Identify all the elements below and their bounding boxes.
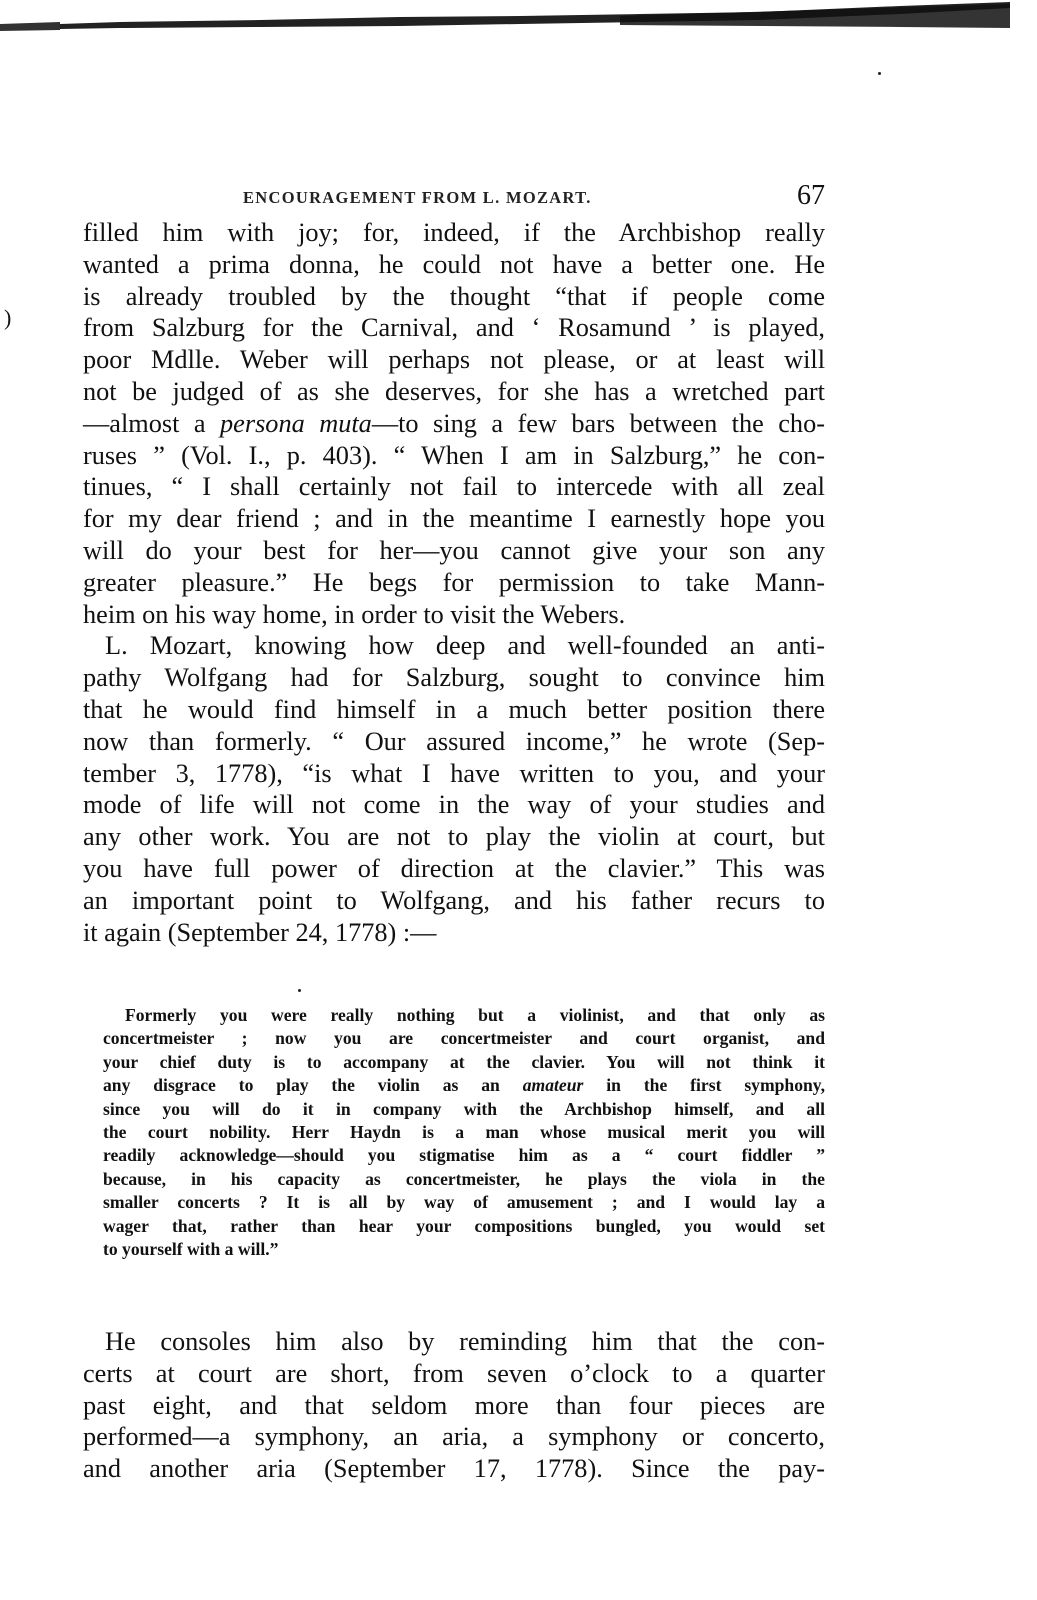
text-line: tember 3, 1778), “is what I have written…	[83, 758, 825, 790]
text-line: it again (September 24, 1778) :—	[83, 917, 825, 949]
text-line: and another aria (September 17, 1778). S…	[83, 1453, 825, 1485]
text-line: ruses ” (Vol. I., p. 403). “ When I am i…	[83, 440, 825, 472]
scan-speck	[878, 72, 881, 75]
quote-line: wager that, rather than hear your compos…	[103, 1215, 825, 1238]
page-number: 67	[797, 180, 825, 212]
quote-line: Formerly you were really nothing but a v…	[103, 1004, 825, 1027]
continuation-paragraph: He consoles him also by reminding him th…	[83, 1326, 825, 1485]
text-line: mode of life will not come in the way of…	[83, 789, 825, 821]
text-line: any other work. You are not to play the …	[83, 821, 825, 853]
margin-mark: )	[4, 305, 11, 331]
text-line: tinues, “ I shall certainly not fail to …	[83, 471, 825, 503]
text-line: you have full power of direction at the …	[83, 853, 825, 885]
quote-line: smaller concerts ? It is all by way of a…	[103, 1191, 825, 1214]
text-line: greater pleasure.” He begs for permissio…	[83, 567, 825, 599]
text-line-with-italic: —almost a persona muta—to sing a few bar…	[83, 408, 825, 440]
text-line: performed—a symphony, an aria, a symphon…	[83, 1421, 825, 1453]
text-line: not be judged of as she deserves, for sh…	[83, 376, 825, 408]
quote-line: because, in his capacity as concertmeist…	[103, 1168, 825, 1191]
running-head: ENCOURAGEMENT FROM L. MOZART.	[243, 188, 592, 207]
block-quote: Formerly you were really nothing but a v…	[103, 1004, 825, 1261]
text-line: He consoles him also by reminding him th…	[83, 1326, 825, 1358]
scan-noise-bar	[0, 0, 1010, 32]
quote-line-with-italic: any disgrace to play the violin as an am…	[103, 1074, 825, 1097]
quote-line: to yourself with a will.”	[103, 1238, 825, 1261]
text-line: for my dear friend ; and in the meantime…	[83, 503, 825, 535]
text-line: pathy Wolfgang had for Salzburg, sought …	[83, 662, 825, 694]
quote-line: readily acknowledge—should you stigmatis…	[103, 1144, 825, 1167]
italic-phrase: persona muta	[220, 409, 372, 438]
quote-line: concertmeister ; now you are concertmeis…	[103, 1027, 825, 1050]
scan-speck	[298, 989, 301, 992]
quote-line: your chief duty is to accompany at the c…	[103, 1051, 825, 1074]
quote-line: the court nobility. Herr Haydn is a man …	[103, 1121, 825, 1144]
text-line: poor Mdlle. Weber will perhaps not pleas…	[83, 344, 825, 376]
text-line: now than formerly. “ Our assured income,…	[83, 726, 825, 758]
text-line: will do your best for her—you cannot giv…	[83, 535, 825, 567]
page-header: ENCOURAGEMENT FROM L. MOZART. 67	[243, 188, 825, 208]
text-line: from Salzburg for the Carnival, and ‘ Ro…	[83, 312, 825, 344]
quote-line: since you will do it in company with the…	[103, 1098, 825, 1121]
text-line: certs at court are short, from seven o’c…	[83, 1358, 825, 1390]
text-line: an important point to Wolfgang, and his …	[83, 885, 825, 917]
italic-phrase: amateur	[523, 1075, 584, 1095]
text-line: past eight, and that seldom more than fo…	[83, 1390, 825, 1422]
text-line: wanted a prima donna, he could not have …	[83, 249, 825, 281]
text-line: is already troubled by the thought “that…	[83, 281, 825, 313]
body-paragraphs: filled him with joy; for, indeed, if the…	[83, 217, 825, 948]
text-line: filled him with joy; for, indeed, if the…	[83, 217, 825, 249]
text-line: heim on his way home, in order to visit …	[83, 599, 825, 631]
text-line: L. Mozart, knowing how deep and well-fou…	[83, 630, 825, 662]
text-line: that he would find himself in a much bet…	[83, 694, 825, 726]
